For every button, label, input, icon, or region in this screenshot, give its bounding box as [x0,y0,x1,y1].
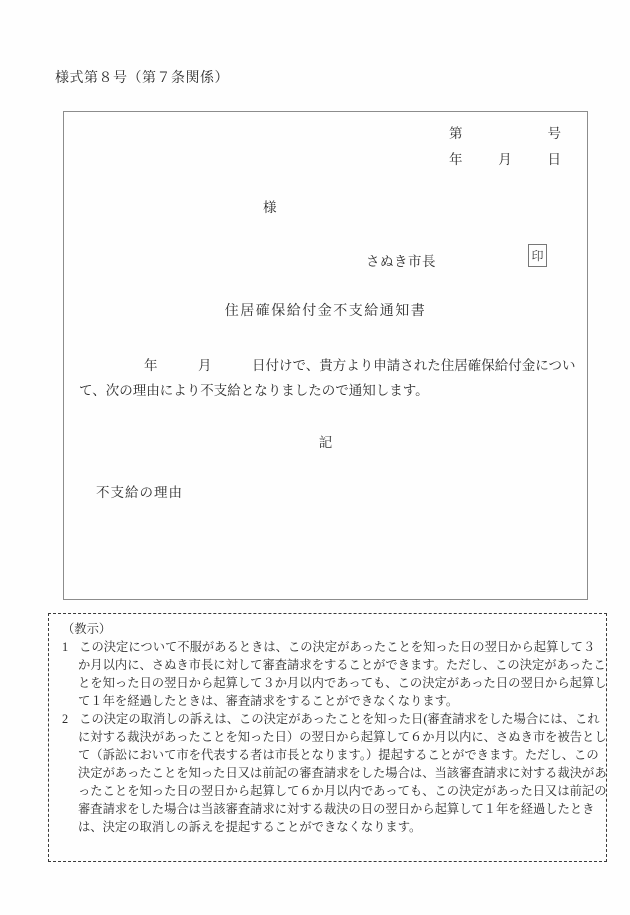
notice-body-line: て、次の理由により不支給となりましたので通知します。 [79,378,585,403]
date-day-label: 日 [548,148,562,168]
instruction-item-text: ったことを知った日の翌日から起算して６か月以内であっても、この決定があった日又は… [78,782,596,800]
instruction-item-text: て（訴訟において市を代表する者は市長となります。）提起することができます。ただし… [78,746,596,764]
form-number-label: 様式第８号（第７条関係） [55,67,229,87]
nonpayment-reason-label: 不支給の理由 [96,481,183,501]
instruction-item-text: か月以内に、さぬき市長に対して審査請求をすることができます。ただし、この決定があ… [78,656,596,674]
date-year-label: 年 [449,148,463,168]
instruction-item-text: この決定について不服があるときは、この決定があったことを知った日の翌日から起算し… [79,640,595,654]
document-number-line: 第 号 [449,122,561,142]
document-page: 様式第８号（第７条関係） 第 号 年 月 日 様 さぬき市長 印 住居確保給付金… [0,0,630,915]
instruction-item-2: 2この決定の取消しの訴えは、この決定があったことを知った日(審査請求をした場合に… [62,710,596,728]
document-date-line: 年 月 日 [449,148,561,168]
instruction-item-text: は、決定の取消しの訴えを提起することができなくなります。 [78,818,596,836]
instruction-item-number: 1 [62,640,79,654]
legal-instructions-box: （教示） 1この決定について不服があるときは、この決定があったことを知った日の翌… [48,613,607,862]
instruction-item-text: て１年を経過したときは、審査請求をすることができなくなります。 [78,692,596,710]
instruction-item-text: この決定の取消しの訴えは、この決定があったことを知った日(審査請求をした場合には… [79,712,599,726]
addressee-honorific: 様 [263,196,277,216]
sender-name: さぬき市長 [366,250,436,270]
notice-document-box: 第 号 年 月 日 様 さぬき市長 印 住居確保給付金不支給通知書 年 月 日付… [63,111,588,600]
notice-body-line: 年 月 日付けで、貴方より申請された住居確保給付金につい [79,353,585,378]
doc-number-prefix: 第 [449,122,463,142]
date-month-label: 月 [498,148,512,168]
instruction-item-1: 1この決定について不服があるときは、この決定があったことを知った日の翌日から起算… [62,638,596,656]
notice-body: 年 月 日付けで、貴方より申請された住居確保給付金につい て、次の理由により不支… [79,353,585,403]
instruction-item-number: 2 [62,712,79,726]
instruction-item-text: 決定があったことを知った日又は前記の審査請求をした場合は、当該審査請求に対する裁… [78,764,596,782]
instruction-item-text: に対する裁決があったことを知った日）の翌日から起算して６か月以内に、さぬき市を被… [78,728,596,746]
instructions-heading: （教示） [62,620,596,638]
doc-number-suffix: 号 [548,122,562,142]
record-marker: 記 [64,431,587,451]
instruction-item-text: とを知った日の翌日から起算して３か月以内であっても、この決定があった日の翌日から… [78,674,596,692]
document-title: 住居確保給付金不支給通知書 [64,300,587,320]
official-seal: 印 [528,244,547,267]
instruction-item-text: 審査請求をした場合は当該審査請求に対する裁決の日の翌日から起算して１年を経過した… [78,800,596,818]
